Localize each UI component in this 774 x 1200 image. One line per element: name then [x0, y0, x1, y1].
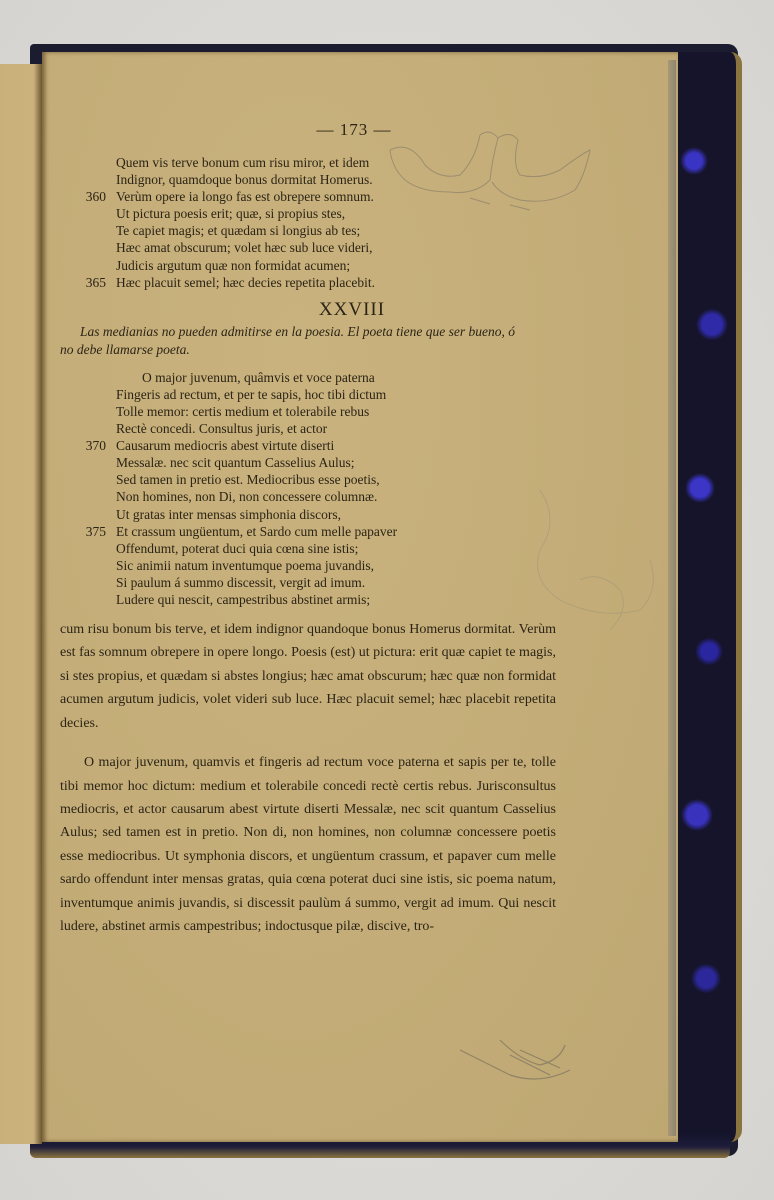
verse-line: 365Hæc placuit semel; hæc decies repetit… [60, 274, 608, 291]
verse-line: Hæc amat obscurum; volet hæc sub luce vi… [60, 239, 608, 256]
line-number: 360 [66, 188, 106, 205]
verse-line: Fingeris ad rectum, et per te sapis, hoc… [60, 386, 608, 403]
verse-line: Rectè concedi. Consultus juris, et actor [60, 420, 608, 437]
verse-line: Te capiet magis; et quædam si longius ab… [60, 222, 608, 239]
verse-line: Tolle memor: certis medium et tolerabile… [60, 403, 608, 420]
verse-line: Quem vis terve bonum cum risu miror, et … [60, 154, 608, 171]
verse-line: 375Et crassum ungüentum, et Sardo cum me… [60, 523, 608, 540]
verse-block-chapter: O major juvenum, quâmvis et voce paterna… [60, 369, 608, 608]
page-content: — 173 — Quem vis terve bonum cum risu mi… [60, 120, 608, 938]
verse-line: Judicis argutum quæ non formidat acumen; [60, 257, 608, 274]
line-number: 365 [66, 274, 106, 291]
verse-line: 360Verùm opere ia longo fas est obrepere… [60, 188, 608, 205]
verse-block-top: Quem vis terve bonum cum risu miror, et … [60, 154, 608, 291]
verse-line: Ludere qui nescit, campestribus abstinet… [60, 591, 608, 608]
verse-line: Indignor, quamdoque bonus dormitat Homer… [60, 171, 608, 188]
chapter-summary: Las medianias no pueden admitirse en la … [60, 323, 530, 359]
line-number: 370 [66, 437, 106, 454]
line-number: 375 [66, 523, 106, 540]
verse-line: Si paulum á summo discessit, vergit ad i… [60, 574, 608, 591]
verse-line: O major juvenum, quâmvis et voce paterna [60, 369, 608, 386]
prose-translation-1: cum risu bonum bis terve, et idem indign… [60, 618, 556, 735]
verse-line: 370Causarum mediocris abest virtute dise… [60, 437, 608, 454]
marbled-cover-edge [676, 52, 742, 1142]
page-number: — 173 — [100, 120, 608, 140]
verse-line: Messalæ. nec scit quantum Casselius Aulu… [60, 454, 608, 471]
verse-line: Offendumt, poterat duci quia cœna sine i… [60, 540, 608, 557]
chapter-heading: XXVIII [96, 299, 608, 321]
verse-line: Sed tamen in pretio est. Mediocribus ess… [60, 471, 608, 488]
prose-translation-2: O major juvenum, quamvis et fingeris ad … [60, 751, 556, 938]
verse-line: Ut pictura poesis erit; quæ, si propius … [60, 205, 608, 222]
verse-line: Sic animii natum inventumque poema juvan… [60, 557, 608, 574]
facing-page-edge [0, 64, 42, 1144]
verse-line: Non homines, non Di, non concessere colu… [60, 488, 608, 505]
verse-line: Ut gratas inter mensas simphonia discors… [60, 506, 608, 523]
page-stack-edge [668, 60, 676, 1136]
